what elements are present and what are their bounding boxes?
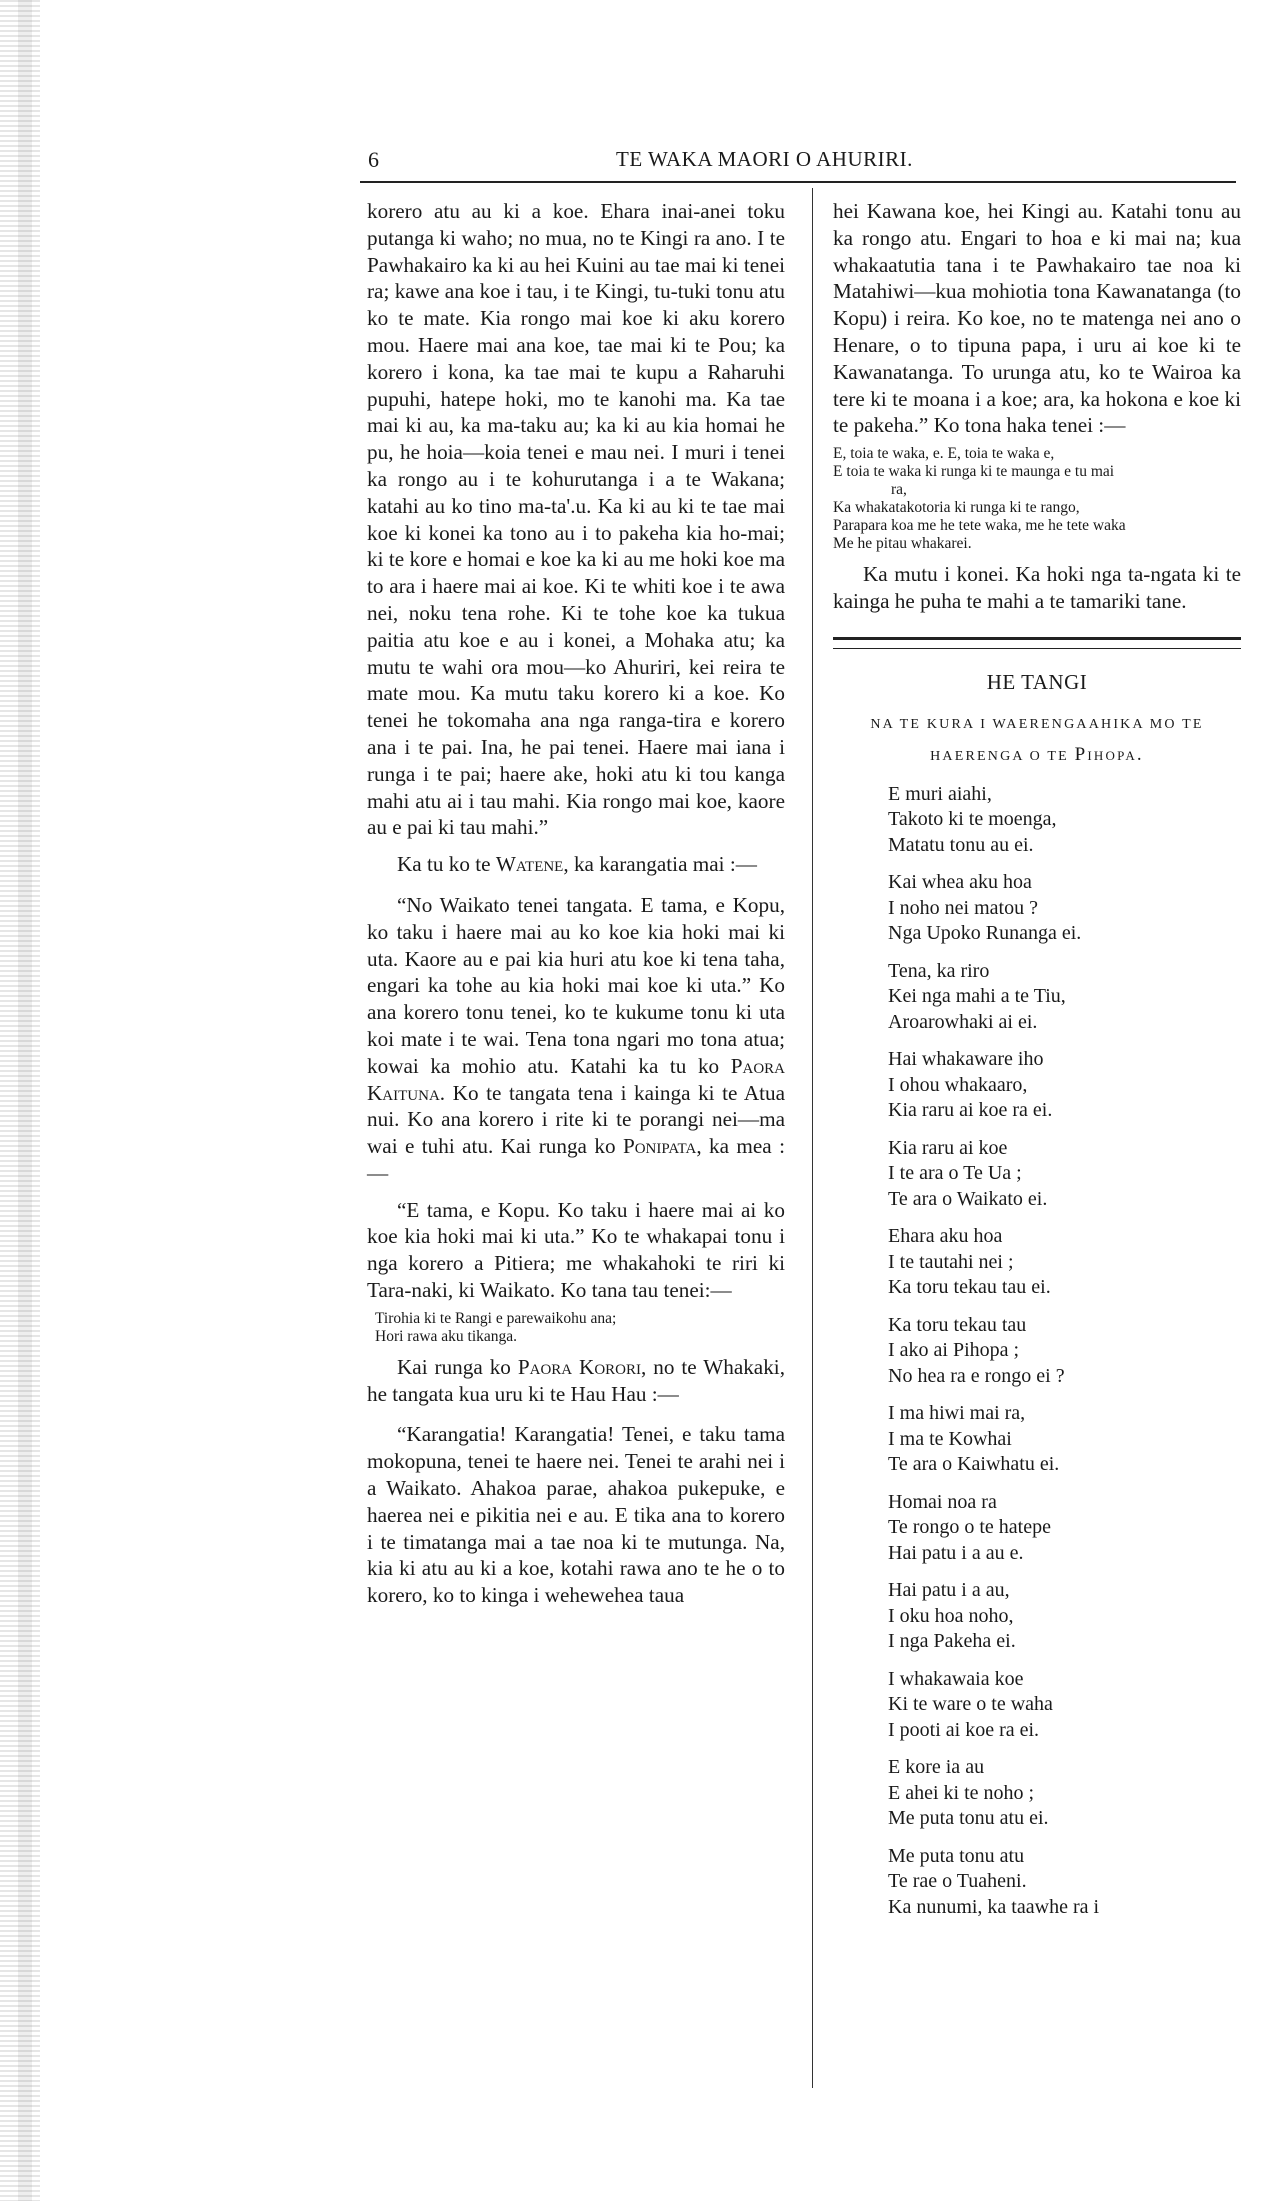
poem-line: Ka nunumi, ka taawhe ra i [888,1895,1241,1921]
verse-line: E, toia te waka, e. E, toia te waka e, [833,445,1241,463]
poem-line: I ma te Kowhai [888,1427,1241,1453]
text: “No Waikato tenei tangata. E tama, e Kop… [367,893,785,1078]
poem-line: Kia raru ai koe [888,1136,1241,1162]
paragraph-korori-intro: Kai runga ko Paora Korori, no te Whakaki… [367,1354,785,1408]
paragraph-kopu-address: korero atu au ki a koe. Ehara inai-anei … [367,198,785,841]
stanza: E kore ia auE ahei ki te noho ;Me puta t… [888,1755,1241,1832]
poem-line: Ka toru tekau tau ei. [888,1275,1241,1301]
poem-line: I whakawaia koe [888,1667,1241,1693]
tau-verse: Tirohia ki te Rangi e parewaikohu ana; H… [375,1310,785,1346]
left-column: korero atu au ki a koe. Ehara inai-anei … [367,198,785,1609]
bishop-name: Pihopa. [1075,744,1144,765]
stanza: I ma hiwi mai ra,I ma te KowhaiTe ara o … [888,1401,1241,1478]
verse-line: Parapara koa me he tete waka, me he tete… [833,517,1241,535]
stanza: E muri aiahi,Takoto ki te moenga,Matatu … [888,782,1241,859]
running-title: TE WAKA MAORI O AHURIRI. [616,147,913,172]
stanza: Kia raru ai koeI te ara o Te Ua ;Te ara … [888,1136,1241,1213]
poem-line: Kia raru ai koe ra ei. [888,1098,1241,1124]
poem-line: I nga Pakeha ei. [888,1629,1241,1655]
speaker-name-watene: Watene [496,852,564,876]
verse-line: E toia te waka ki runga ki te maunga e t… [833,463,1241,481]
text: , ka karangatia mai :— [563,852,757,876]
poem-line: Ka toru tekau tau [888,1313,1241,1339]
verse-line: ra, [833,481,1241,499]
poem-line: Te ara o Waikato ei. [888,1187,1241,1213]
poem-line: Kei nga mahi a te Tiu, [888,984,1241,1010]
poem-line: Tena, ka riro [888,959,1241,985]
paragraph-closing: Ka mutu i konei. Ka hoki nga ta-ngata ki… [833,561,1241,615]
paragraph-continuation: hei Kawana koe, hei Kingi au. Katahi ton… [833,198,1241,439]
page-binding-edge [0,0,40,2201]
stanza: Hai whakaware ihoI ohou whakaaro,Kia rar… [888,1047,1241,1124]
stanza: Ehara aku hoaI te tautahi nei ;Ka toru t… [888,1224,1241,1301]
verse-line: Ka whakatakotoria ki runga ki te rango, [833,499,1241,517]
poem-subtitle: NA TE KURA I WAERENGAAHIKA MO TE HAERENG… [833,710,1241,772]
poem-line: I ako ai Pihopa ; [888,1338,1241,1364]
poem-line: No hea ra e rongo ei ? [888,1364,1241,1390]
paragraph-korori-speech: “Karangatia! Karangatia! Tenei, e taku t… [367,1421,785,1609]
poem-subtitle-line: HAERENGA O TE Pihopa. [833,740,1241,772]
poem-stanzas: E muri aiahi,Takoto ki te moenga,Matatu … [888,782,1241,1921]
stanza: Hai patu i a au,I oku hoa noho,I nga Pak… [888,1578,1241,1655]
poem-line: E muri aiahi, [888,782,1241,808]
haka-verse: E, toia te waka, e. E, toia te waka e, E… [833,445,1241,553]
paragraph-watene-speech: “No Waikato tenei tangata. E tama, e Kop… [367,892,785,1187]
poem-line: Kai whea aku hoa [888,870,1241,896]
poem-line: Te rae o Tuaheni. [888,1869,1241,1895]
poem-line: I ohou whakaaro, [888,1073,1241,1099]
poem-line: Matatu tonu au ei. [888,833,1241,859]
poem-line: Te ara o Kaiwhatu ei. [888,1452,1241,1478]
poem-line: Hai patu i a au e. [888,1541,1241,1567]
stanza: Me puta tonu atuTe rae o Tuaheni.Ka nunu… [888,1844,1241,1921]
poem-line: I te tautahi nei ; [888,1250,1241,1276]
poem-line: Takoto ki te moenga, [888,807,1241,833]
speaker-name-ponipata: Ponipata [623,1134,696,1158]
header-rule [360,181,1236,183]
poem-line: Homai noa ra [888,1490,1241,1516]
poem-line: Ehara aku hoa [888,1224,1241,1250]
stanza: Ka toru tekau tauI ako ai Pihopa ;No hea… [888,1313,1241,1390]
poem-line: Me puta tonu atu ei. [888,1806,1241,1832]
poem-line: I ma hiwi mai ra, [888,1401,1241,1427]
poem-line: I noho nei matou ? [888,896,1241,922]
text: HAERENGA O TE [930,749,1074,764]
poem-line: Ki te ware o te waha [888,1692,1241,1718]
poem-subtitle-line: NA TE KURA I WAERENGAAHIKA MO TE [833,710,1241,740]
poem-line: Me puta tonu atu [888,1844,1241,1870]
section-double-rule [833,637,1241,649]
verse-line: Hori rawa aku tikanga. [375,1328,785,1346]
page-number: 6 [368,147,379,173]
stanza: Kai whea aku hoaI noho nei matou ?Nga Up… [888,870,1241,947]
poem-line: Nga Upoko Runanga ei. [888,921,1241,947]
poem-line: E ahei ki te noho ; [888,1781,1241,1807]
text: Ka tu ko te [397,852,496,876]
paragraph-ponipata-speech: “E tama, e Kopu. Ko taku i haere mai ai … [367,1197,785,1304]
right-column: hei Kawana koe, hei Kingi au. Katahi ton… [833,198,1241,1932]
poem-title: HE TANGI [833,669,1241,696]
poem-line: E kore ia au [888,1755,1241,1781]
page-header: 6 TE WAKA MAORI O AHURIRI. [368,143,1230,179]
poem-line: Te rongo o te hatepe [888,1515,1241,1541]
poem-line: I te ara o Te Ua ; [888,1161,1241,1187]
stanza: Homai noa raTe rongo o te hatepeHai patu… [888,1490,1241,1567]
verse-line: Tirohia ki te Rangi e parewaikohu ana; [375,1310,785,1328]
poem-line: I oku hoa noho, [888,1604,1241,1630]
text: Kai runga ko [397,1355,518,1379]
poem-line: Hai whakaware iho [888,1047,1241,1073]
speaker-name-paora-korori: Paora Korori [518,1355,641,1379]
poem-line: I pooti ai koe ra ei. [888,1718,1241,1744]
paragraph-watene-intro: Ka tu ko te Watene, ka karangatia mai :— [367,851,785,878]
verse-line: Me he pitau whakarei. [833,535,1241,553]
stanza: Tena, ka riroKei nga mahi a te Tiu,Aroar… [888,959,1241,1036]
column-divider [812,188,813,2088]
poem-line: Hai patu i a au, [888,1578,1241,1604]
poem-line: Aroarowhaki ai ei. [888,1010,1241,1036]
stanza: I whakawaia koeKi te ware o te wahaI poo… [888,1667,1241,1744]
